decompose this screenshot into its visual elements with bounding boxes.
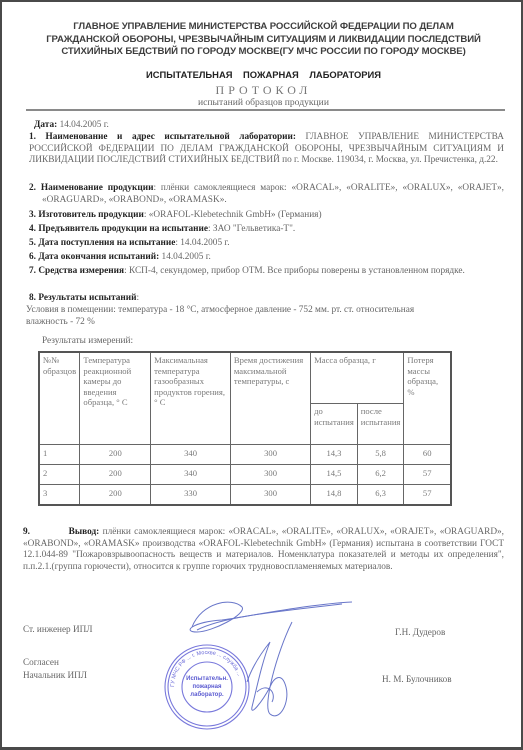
item-presenter: 4. Предъявитель продукции на испытание: … [29,224,504,236]
table-row: 2 200 340 300 14,5 6,2 57 [39,465,451,485]
item-value: : «ORAFOL-Klebetechnik GmbH» (Германия) [144,210,322,220]
item-value: : [136,293,139,303]
header-mass-before: до испытания [311,404,358,445]
date-label: Дата: [34,120,57,130]
stamp-line: лаборатор. [190,691,224,698]
header-divider [26,109,505,111]
conclusion: 9. Вывод: плёнки самоклеящиеся марок: «O… [23,527,504,573]
table-row: 3 200 330 300 14,8 6,3 57 [39,485,451,506]
organization-header: ГЛАВНОЕ УПРАВЛЕНИЕ МИНИСТЕРСТВА РОССИЙСК… [2,21,523,59]
stamp-line: пожарная [192,684,222,690]
item-label: Наименование продукции [41,183,154,193]
item-value: : ЗАО "Гельветика-Т". [208,224,295,234]
item-manufacturer: 3. Изготовитель продукции: «ORAFOL-Klebe… [29,210,504,222]
lab-name: ИСПЫТАТЕЛЬНАЯ ПОЖАРНАЯ ЛАБОРАТОРИЯ [2,69,523,80]
table-caption: Результаты измерений: [42,336,133,348]
document-subtitle: испытаний образцов продукции [2,97,523,108]
head-name: Н. М. Булочников [382,674,452,684]
item-results: 8. Результаты испытаний: [29,293,504,305]
item-value: : 14.04.2005 г. [175,238,229,248]
item-receipt-date: 5. Дата поступления на испытание: 14.04.… [29,238,504,250]
stamp-and-signature: Испытательн. пожарная лаборатор. ГУ МЧС … [152,592,352,742]
conclusion-number: 9. [23,527,30,537]
org-line: СТИХИЙНЫХ БЕДСТВИЙ ПО ГОРОДУ МОСКВЕ(ГУ М… [2,46,523,59]
item-label: Предъявитель продукции на испытание [38,224,208,234]
test-date: Дата: 14.04.2005 г. [34,120,109,132]
conclusion-label: Вывод: [69,527,100,537]
item-label: Средства измерения [38,266,124,276]
org-line: ГЛАВНОЕ УПРАВЛЕНИЕ МИНИСТЕРСТВА РОССИЙСК… [2,21,523,34]
date-value: 14.04.2005 г. [60,120,109,130]
table-header-row: №№ образцов Температура реакционной каме… [39,352,451,404]
header-sample-mass: Масса образца, г [311,352,404,404]
room-conditions: Условия в помещении: температура - 18 °С… [26,305,446,328]
header-time-to-max: Время достижения максимальной температур… [230,352,310,445]
approval-label: Согласен [23,657,59,667]
header-chamber-temperature: Температура реакционной камеры до введен… [80,352,151,445]
item-label: Результаты испытаний [38,293,136,303]
engineer-title: Ст. инженер ИПЛ [23,624,92,634]
item-lab-address: 1. Наименование и адрес испытательной ла… [29,132,504,167]
item-value: 14.04.2005 г. [159,252,211,262]
results-table: №№ образцов Температура реакционной каме… [38,351,452,506]
item-end-date: 6. Дата окончания испытаний: 14.04.2005 … [29,252,504,264]
stamp-line: Испытательн. [186,676,228,682]
item-instruments: 7. Средства измерения: КСП-4, секундомер… [29,266,504,278]
table-row: 1 200 340 300 14,3 5,8 60 [39,445,451,465]
header-mass-loss: Потеря массы образца, % [404,352,451,445]
item-label: Изготовитель продукции [38,210,144,220]
header-sample-number: №№ образцов [39,352,80,445]
item-label: Дата окончания испытаний: [38,252,159,262]
document-title: ПРОТОКОЛ [2,83,523,98]
item-product-name: 2. Наименование продукции: плёнки самокл… [29,183,504,206]
item-label: Наименование и адрес испытательной лабор… [46,132,296,142]
signature-strokes [190,602,352,716]
engineer-name: Г.Н. Дудеров [395,627,445,637]
item-label: Дата поступления на испытание [38,238,175,248]
document-page: ГЛАВНОЕ УПРАВЛЕНИЕ МИНИСТЕРСТВА РОССИЙСК… [0,0,523,750]
org-line: ГРАЖДАНСКОЙ ОБОРОНЫ, ЧРЕЗВЫЧАЙНЫМ СИТУАЦ… [2,34,523,47]
header-mass-after: после испытания [357,404,404,445]
head-title: Начальник ИПЛ [23,670,87,680]
item-value: : КСП-4, секундомер, прибор ОТМ. Все при… [124,266,465,276]
header-max-gas-temperature: Максимальная температура газообразных пр… [151,352,231,445]
